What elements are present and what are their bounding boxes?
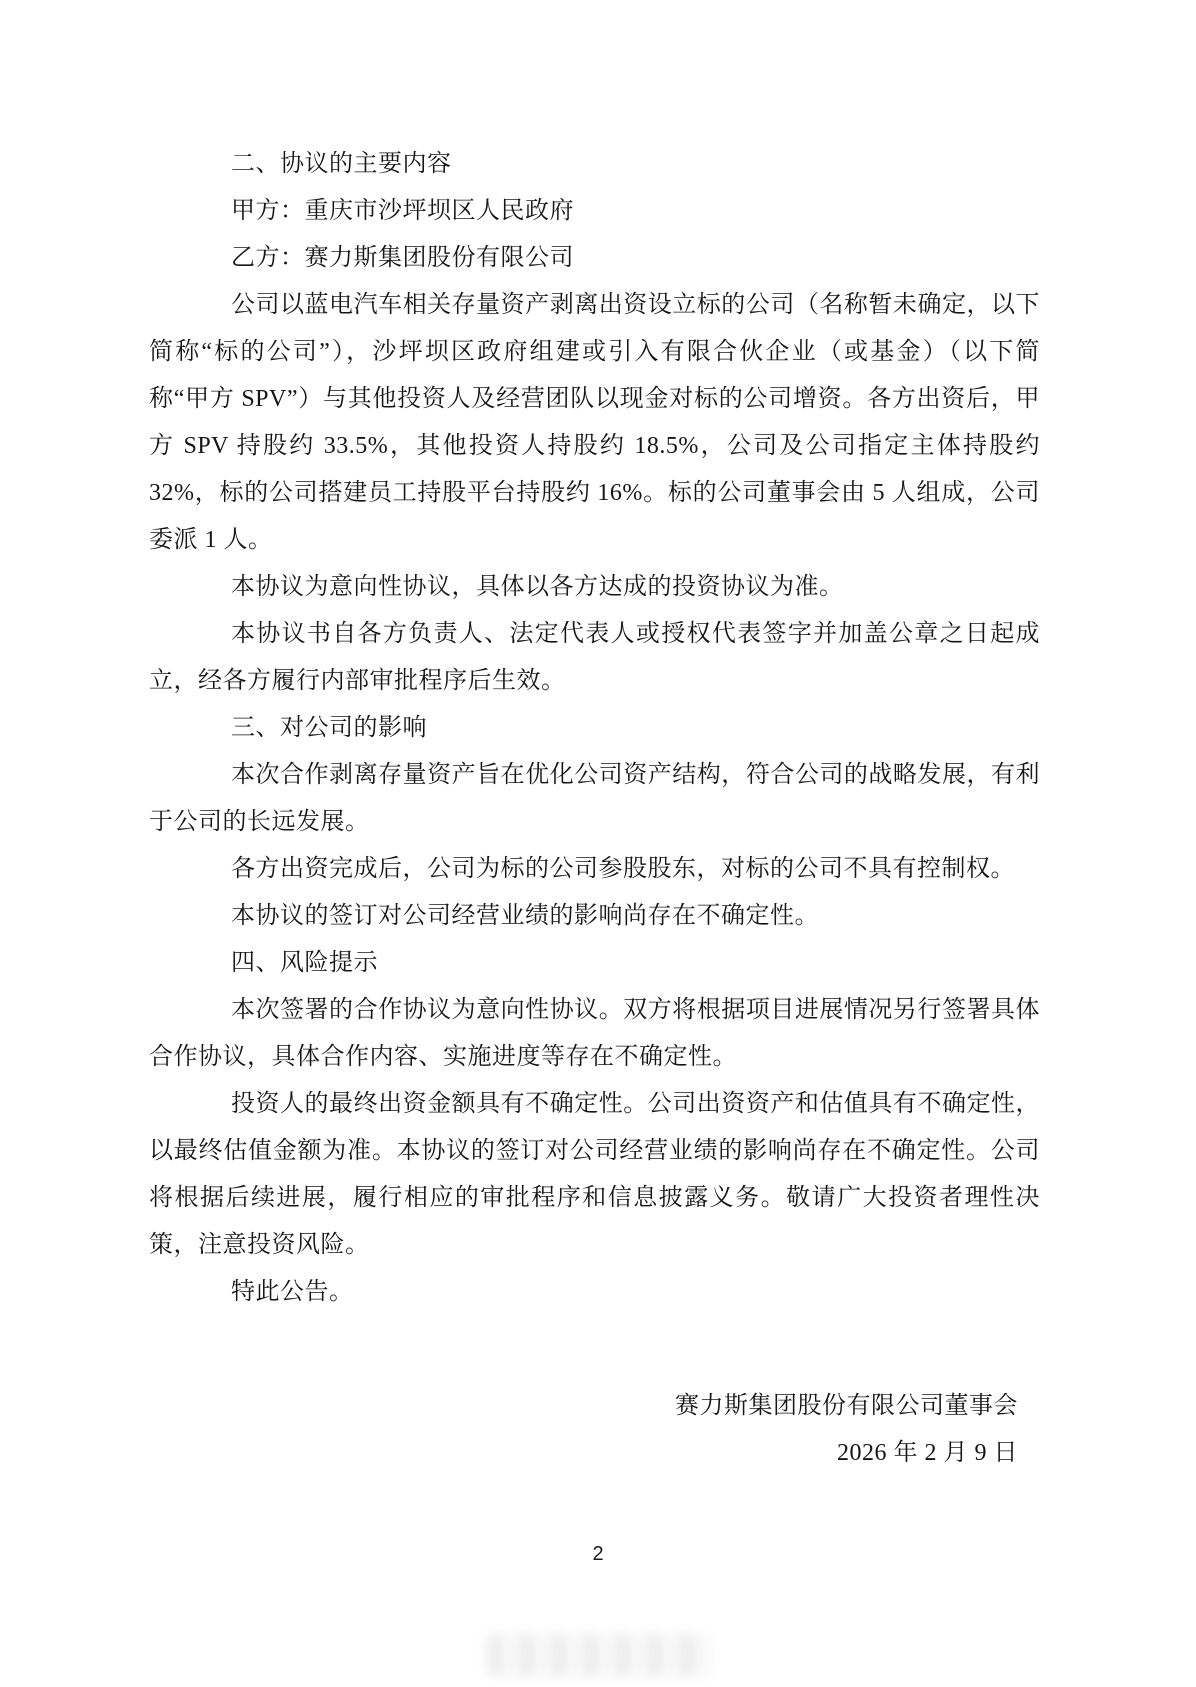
agreement-effective-paragraph: 本协议书自各方负责人、法定代表人或授权代表签字并加盖公章之日起成立，经各方履行内… [149, 611, 1040, 705]
page-number: 2 [0, 1542, 1196, 1566]
party-b-line: 乙方：赛力斯集团股份有限公司 [149, 235, 1040, 282]
closing-statement: 特此公告。 [149, 1269, 1040, 1316]
section-heading-agreement: 二、协议的主要内容 [149, 141, 1040, 188]
risk-valuation-paragraph: 投资人的最终出资金额具有不确定性。公司出资资产和估值具有不确定性，以最终估值金额… [149, 1081, 1040, 1269]
section-heading-risk: 四、风险提示 [149, 940, 1040, 987]
document-body: 二、协议的主要内容 甲方：重庆市沙坪坝区人民政府 乙方：赛力斯集团股份有限公司 … [149, 141, 1040, 1477]
date-line: 2026 年 2 月 9 日 [149, 1430, 1018, 1477]
party-a-line: 甲方：重庆市沙坪坝区人民政府 [149, 188, 1040, 235]
impact-uncertainty-paragraph: 本协议的签订对公司经营业绩的影响尚存在不确定性。 [149, 893, 1040, 940]
signature-block: 赛力斯集团股份有限公司董事会 2026 年 2 月 9 日 [149, 1383, 1040, 1477]
impact-shareholding-paragraph: 各方出资完成后，公司为标的公司参股股东，对标的公司不具有控制权。 [149, 846, 1040, 893]
impact-structure-paragraph: 本次合作剥离存量资产旨在优化公司资产结构，符合公司的战略发展，有利于公司的长远发… [149, 752, 1040, 846]
agreement-intent-paragraph: 本协议为意向性协议，具体以各方达成的投资协议为准。 [149, 564, 1040, 611]
risk-followup-paragraph: 本次签署的合作协议为意向性协议。双方将根据项目进展情况另行签署具体合作协议，具体… [149, 987, 1040, 1081]
agreement-main-paragraph: 公司以蓝电汽车相关存量资产剥离出资设立标的公司（名称暂未确定，以下简称“标的公司… [149, 282, 1040, 564]
signature-line: 赛力斯集团股份有限公司董事会 [149, 1383, 1018, 1430]
section-heading-impact: 三、对公司的影响 [149, 705, 1040, 752]
announcement-page: 二、协议的主要内容 甲方：重庆市沙坪坝区人民政府 乙方：赛力斯集团股份有限公司 … [0, 0, 1196, 1687]
faint-watermark [488, 1634, 712, 1676]
